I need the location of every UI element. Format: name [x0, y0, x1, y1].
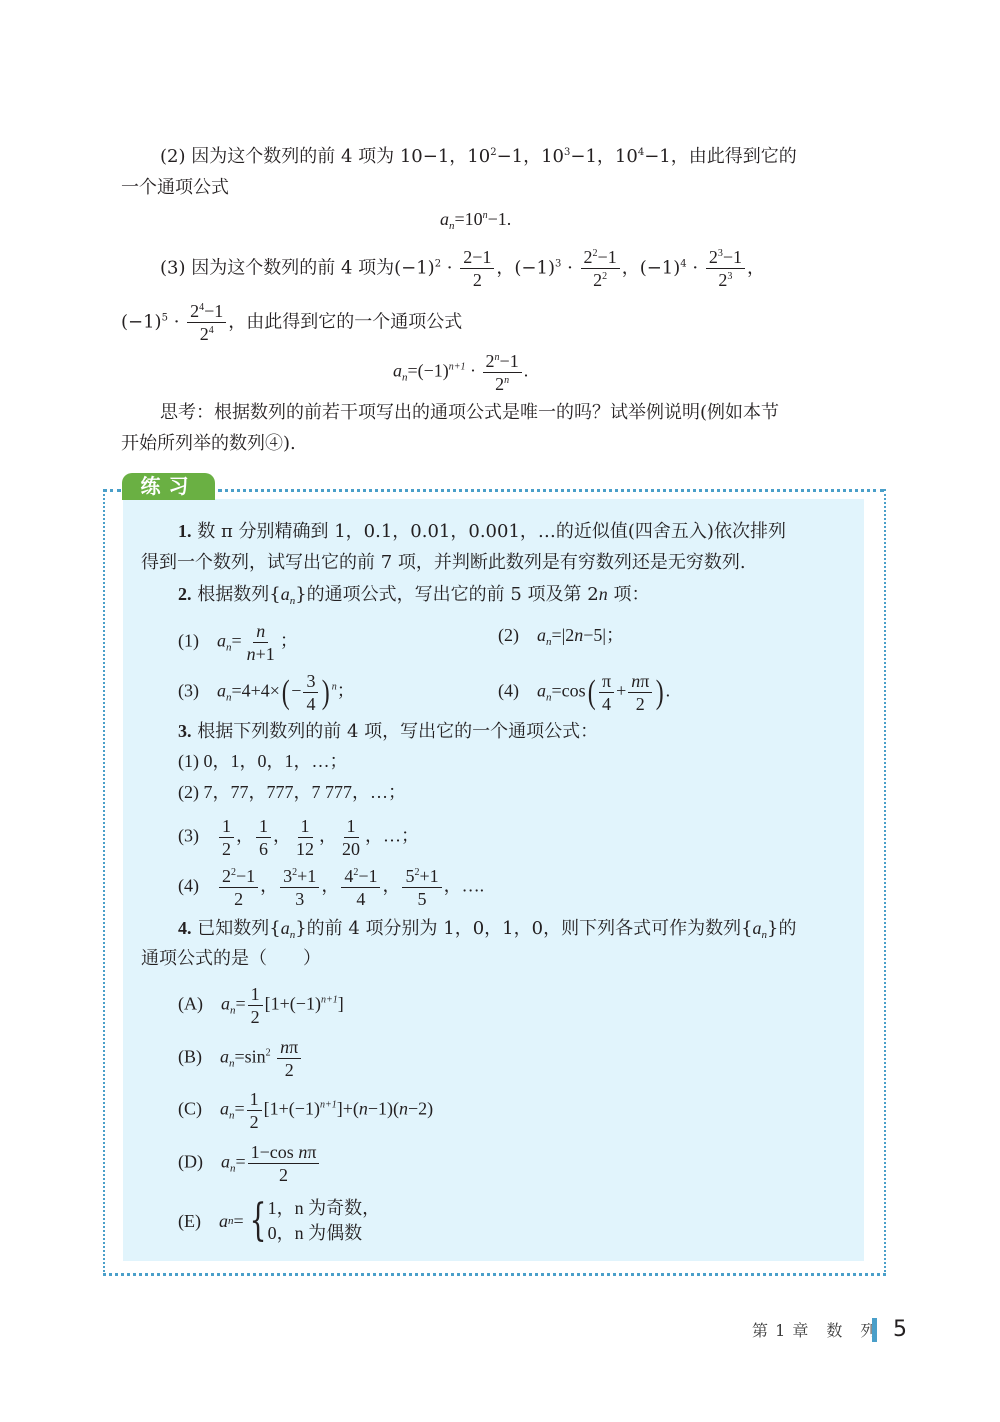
- p3-line1: (3) 因为这个数列的前 4 项为(−1)2 · 2−12，(−1)3 · 22…: [160, 246, 765, 291]
- q4-option-b: (B) an=sin2 nπ2: [178, 1036, 303, 1081]
- p2-line1: (2) 因为这个数列的前 4 项为 10−1，102−1，103−1，104−1…: [160, 144, 797, 170]
- chapter-label: 第 1 章 数 列: [752, 1319, 877, 1343]
- q4-option-c: (C) an=12[1+(−1)n+1]+(n−1)(n−2): [178, 1088, 433, 1133]
- q2-item-3: (3) an=4+4×(−34)n；: [178, 670, 355, 715]
- q2-item-1: (1) an=nn+1；: [178, 620, 298, 665]
- q3-item-3: (3) 12，16，112，120，…；: [178, 815, 419, 860]
- q4-option-d: (D) an=1−cos nπ2: [178, 1141, 321, 1186]
- q3-text: 3. 根据下列数列的前 4 项，写出它的一个通项公式：: [178, 718, 598, 745]
- p3-formula: an=(−1)n+1 · 2n−12n.: [393, 350, 528, 395]
- q1-line1: 1. 数 π 分别精确到 1，0.1，0.01，0.001，…的近似值(四舍五入…: [178, 518, 786, 545]
- think-line1: 思考：根据数列的前若干项写出的通项公式是唯一的吗？试举例说明(例如本节: [160, 400, 779, 426]
- q2-item-4: (4) an=cos(π4+nπ2).: [498, 670, 670, 715]
- q4-e-case-2: 0，n 为偶数: [268, 1221, 381, 1246]
- p2-formula: an=10n−1.: [440, 206, 511, 232]
- practice-border-top-left: [103, 489, 121, 492]
- footer-accent-bar: [872, 1318, 877, 1342]
- q2-text: 2. 根据数列{an}的通项公式，写出它的前 5 项及第 2n 项：: [178, 581, 649, 608]
- think-line2: 开始所列举的数列④).: [121, 431, 296, 457]
- p2-line2: 一个通项公式: [121, 175, 229, 201]
- q4-option-e: (E) an={ 1，n 为奇数， 0，n 为偶数: [178, 1196, 380, 1246]
- q3-item-2: (2) 7，77，777，7 777，…；: [178, 779, 406, 805]
- q3-item-1: (1) 0，1，0，1，…；: [178, 748, 348, 774]
- left-brace-icon: {: [249, 1199, 266, 1243]
- q1-line2: 得到一个数列，试写出它的前 7 项，并判断此数列是有穷数列还是无穷数列.: [141, 550, 746, 576]
- q4-option-a: (A) an=12[1+(−1)n+1]: [178, 983, 344, 1028]
- practice-border-top-right: [218, 489, 884, 492]
- practice-tab-label: 练习: [122, 473, 215, 500]
- q4-e-case-1: 1，n 为奇数，: [268, 1196, 381, 1221]
- page-number: 5: [893, 1316, 907, 1344]
- q2-item-2: (2) an=|2n−5|；: [498, 620, 624, 650]
- q4-line2: 通项公式的是（ ）: [141, 946, 321, 972]
- q4-line1: 4. 已知数列{an}的前 4 项分别为 1，0，1，0，则下列各式可作为数列{…: [178, 915, 796, 942]
- q3-item-4: (4) 22−12，32+13，42−14，52+15，….: [178, 865, 484, 910]
- p3-line2: (−1)5 · 24−124，由此得到它的一个通项公式: [121, 300, 462, 345]
